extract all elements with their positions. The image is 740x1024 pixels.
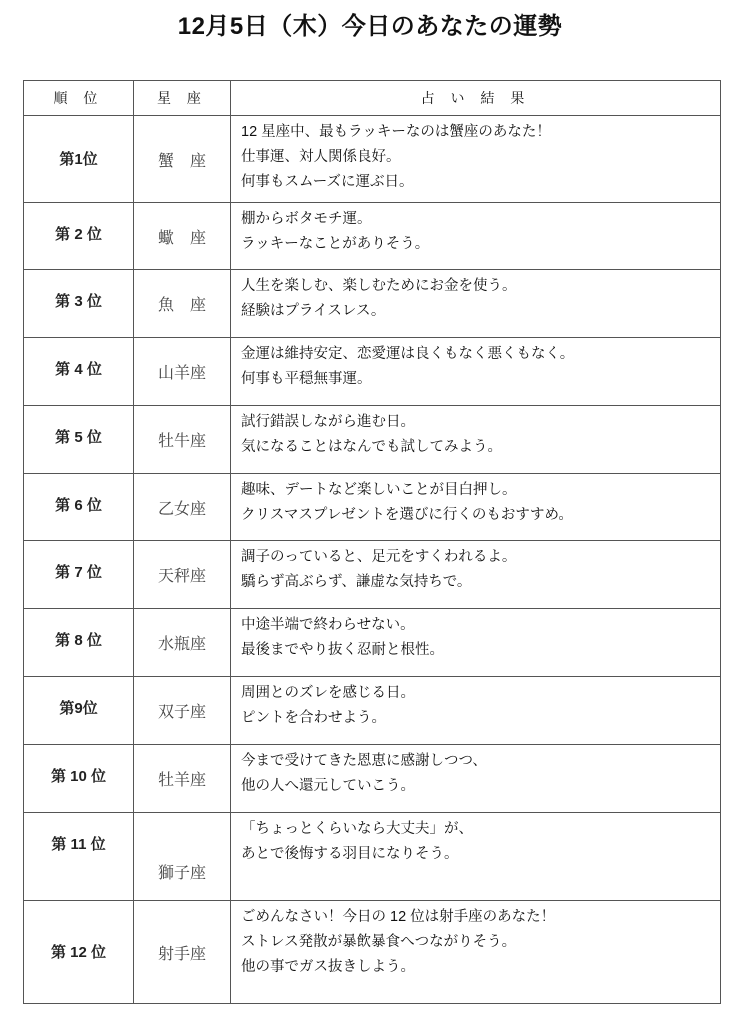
table-row: 第 11 位獅子座「ちょっとくらいなら大丈夫」が、あとで後悔する羽目になりそう。 (24, 813, 721, 901)
rank-cell: 第 11 位 (24, 813, 134, 901)
sign-label: 牡牛座 (158, 428, 206, 451)
rank-label: 第 7 位 (24, 541, 133, 582)
result-line: 12 星座中、最もラッキーなのは蟹座のあなた！ (241, 120, 720, 145)
table-row: 第 4 位山羊座金運は維持安定、恋愛運は良くもなく悪くもなく。何事も平穏無事運。 (24, 338, 721, 406)
sign-label: 射手座 (158, 941, 206, 964)
sign-label: 乙女座 (158, 496, 206, 519)
result-line: 金運は維持安定、恋愛運は良くもなく悪くもなく。 (241, 342, 720, 367)
sign-cell: 牡羊座 (134, 745, 231, 813)
table-row: 第 5 位牡牛座試行錯誤しながら進む日。気になることはなんでも試してみよう。 (24, 406, 721, 474)
sign-label: 蟹 座 (158, 148, 206, 171)
rank-label: 第1位 (24, 116, 133, 169)
result-line: 試行錯誤しながら進む日。 (241, 410, 720, 435)
result-line: あとで後悔する羽目になりそう。 (241, 842, 720, 867)
table-row: 第 12 位射手座ごめんなさい！今日の 12 位は射手座のあなた！ストレス発散が… (24, 901, 721, 1004)
result-line: ラッキーなことがありそう。 (241, 232, 720, 257)
result-line: ごめんなさい！今日の 12 位は射手座のあなた！ (241, 905, 720, 930)
sign-label: 水瓶座 (158, 631, 206, 654)
rank-cell: 第 12 位 (24, 901, 134, 1004)
table-row: 第 6 位乙女座趣味、デートなど楽しいことが目白押し。クリスマスプレゼントを選び… (24, 474, 721, 541)
result-cell: 今まで受けてきた恩恵に感謝しつつ、他の人へ還元していこう。 (231, 745, 721, 813)
sign-cell: 乙女座 (134, 474, 231, 541)
rank-label: 第 8 位 (24, 609, 133, 650)
result-line: 他の事でガス抜きしよう。 (241, 955, 720, 980)
result-cell: 趣味、デートなど楽しいことが目白押し。クリスマスプレゼントを選びに行くのもおすす… (231, 474, 721, 541)
result-line: 今まで受けてきた恩恵に感謝しつつ、 (241, 749, 720, 774)
result-cell: 調子のっていると、足元をすくわれるよ。驕らず高ぶらず、謙虚な気持ちで。 (231, 541, 721, 609)
sign-cell: 魚 座 (134, 270, 231, 338)
result-line: ピントを合わせよう。 (241, 706, 720, 731)
header-result: 占 い 結 果 (231, 81, 721, 116)
table-row: 第 3 位魚 座人生を楽しむ、楽しむためにお金を使う。経験はプライスレス。 (24, 270, 721, 338)
sign-cell: 牡牛座 (134, 406, 231, 474)
sign-label: 天秤座 (158, 563, 206, 586)
result-line: 中途半端で終わらせない。 (241, 613, 720, 638)
result-line: 他の人へ還元していこう。 (241, 774, 720, 799)
rank-label: 第 6 位 (24, 474, 133, 515)
result-cell: 棚からボタモチ運。ラッキーなことがありそう。 (231, 203, 721, 270)
result-cell: 周囲とのズレを感じる日。ピントを合わせよう。 (231, 677, 721, 745)
sign-cell: 双子座 (134, 677, 231, 745)
rank-cell: 第1位 (24, 116, 134, 203)
page-title: 12月5日（木）今日のあなたの運勢 (0, 6, 740, 41)
result-cell: 中途半端で終わらせない。最後までやり抜く忍耐と根性。 (231, 609, 721, 677)
sign-cell: 山羊座 (134, 338, 231, 406)
header-rank: 順 位 (24, 81, 134, 116)
rank-cell: 第 2 位 (24, 203, 134, 270)
result-line: 何事も平穏無事運。 (241, 367, 720, 392)
rank-cell: 第 7 位 (24, 541, 134, 609)
sign-label: 獅子座 (158, 830, 206, 883)
rank-cell: 第9位 (24, 677, 134, 745)
rank-cell: 第 5 位 (24, 406, 134, 474)
result-line: クリスマスプレゼントを選びに行くのもおすすめ。 (241, 503, 720, 528)
rank-cell: 第 3 位 (24, 270, 134, 338)
sign-label: 牡羊座 (158, 767, 206, 790)
rank-label: 第 10 位 (24, 745, 133, 786)
result-line: 「ちょっとくらいなら大丈夫」が、 (241, 817, 720, 842)
rank-label: 第 3 位 (24, 270, 133, 311)
sign-label: 蠍 座 (158, 225, 206, 248)
sign-cell: 蠍 座 (134, 203, 231, 270)
result-cell: 「ちょっとくらいなら大丈夫」が、あとで後悔する羽目になりそう。 (231, 813, 721, 901)
result-line: 人生を楽しむ、楽しむためにお金を使う。 (241, 274, 720, 299)
result-line: 趣味、デートなど楽しいことが目白押し。 (241, 478, 720, 503)
sign-cell: 蟹 座 (134, 116, 231, 203)
rank-label: 第 11 位 (24, 813, 133, 854)
table-row: 第 10 位牡羊座今まで受けてきた恩恵に感謝しつつ、他の人へ還元していこう。 (24, 745, 721, 813)
rank-cell: 第 10 位 (24, 745, 134, 813)
table-row: 第 7 位天秤座調子のっていると、足元をすくわれるよ。驕らず高ぶらず、謙虚な気持… (24, 541, 721, 609)
result-line: 仕事運、対人関係良好。 (241, 145, 720, 170)
result-line: 驕らず高ぶらず、謙虚な気持ちで。 (241, 570, 720, 595)
sign-label: 双子座 (158, 699, 206, 722)
result-line: 何事もスムーズに運ぶ日。 (241, 170, 720, 195)
result-cell: ごめんなさい！今日の 12 位は射手座のあなた！ストレス発散が暴飲暴食へつながり… (231, 901, 721, 1004)
result-line: 経験はプライスレス。 (241, 299, 720, 324)
result-line: 最後までやり抜く忍耐と根性。 (241, 638, 720, 663)
sign-cell: 水瓶座 (134, 609, 231, 677)
result-cell: 金運は維持安定、恋愛運は良くもなく悪くもなく。何事も平穏無事運。 (231, 338, 721, 406)
table-header-row: 順 位 星 座 占 い 結 果 (24, 81, 721, 116)
table-row: 第1位蟹 座12 星座中、最もラッキーなのは蟹座のあなた！仕事運、対人関係良好。… (24, 116, 721, 203)
sign-label: 山羊座 (158, 360, 206, 383)
rank-cell: 第 4 位 (24, 338, 134, 406)
fortune-table: 順 位 星 座 占 い 結 果 第1位蟹 座12 星座中、最もラッキーなのは蟹座… (23, 80, 721, 1004)
rank-label: 第 5 位 (24, 406, 133, 447)
rank-label: 第 4 位 (24, 338, 133, 379)
sign-cell: 射手座 (134, 901, 231, 1004)
rank-label: 第 2 位 (24, 203, 133, 244)
rank-cell: 第 6 位 (24, 474, 134, 541)
result-cell: 試行錯誤しながら進む日。気になることはなんでも試してみよう。 (231, 406, 721, 474)
sign-cell: 獅子座 (134, 813, 231, 901)
rank-label: 第9位 (24, 677, 133, 718)
rank-cell: 第 8 位 (24, 609, 134, 677)
result-line: 周囲とのズレを感じる日。 (241, 681, 720, 706)
table-row: 第9位双子座周囲とのズレを感じる日。ピントを合わせよう。 (24, 677, 721, 745)
table-row: 第 8 位水瓶座中途半端で終わらせない。最後までやり抜く忍耐と根性。 (24, 609, 721, 677)
sign-label: 魚 座 (158, 292, 206, 315)
result-cell: 12 星座中、最もラッキーなのは蟹座のあなた！仕事運、対人関係良好。何事もスムー… (231, 116, 721, 203)
header-sign: 星 座 (134, 81, 231, 116)
result-line: 気になることはなんでも試してみよう。 (241, 435, 720, 460)
rank-label: 第 12 位 (24, 901, 133, 962)
result-line: 棚からボタモチ運。 (241, 207, 720, 232)
result-line: 調子のっていると、足元をすくわれるよ。 (241, 545, 720, 570)
table-row: 第 2 位蠍 座棚からボタモチ運。ラッキーなことがありそう。 (24, 203, 721, 270)
sign-cell: 天秤座 (134, 541, 231, 609)
result-cell: 人生を楽しむ、楽しむためにお金を使う。経験はプライスレス。 (231, 270, 721, 338)
result-line: ストレス発散が暴飲暴食へつながりそう。 (241, 930, 720, 955)
